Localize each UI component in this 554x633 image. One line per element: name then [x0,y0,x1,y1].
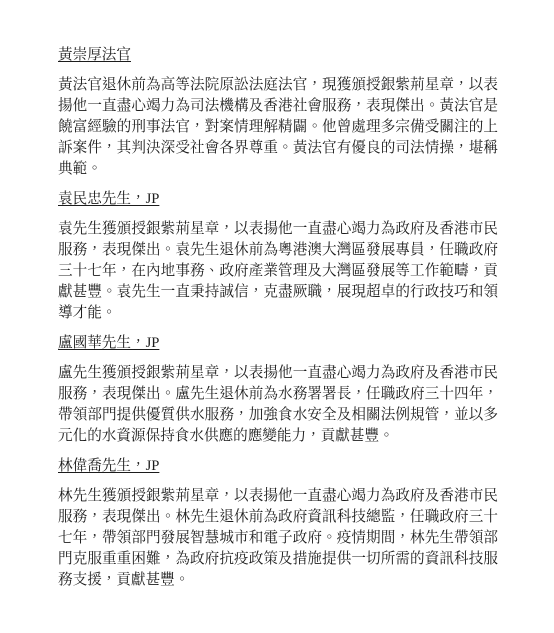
citation-paragraph: 林先生獲頒授銀紫荊星章，以表揚他一直盡心竭力為政府及香港市民服務，表現傑出。林先… [58,486,498,591]
person-heading: 林偉喬先生，JP [58,456,498,477]
person-heading: 袁民忠先生，JP [58,189,498,210]
person-heading: 盧國華先生，JP [58,333,498,354]
person-heading: 黃崇厚法官 [58,45,498,66]
document-page: 黃崇厚法官 黃法官退休前為高等法院原訟法庭法官，現獲頒授銀紫荊星章，以表揚他一直… [0,0,554,633]
citation-paragraph: 袁先生獲頒授銀紫荊星章，以表揚他一直盡心竭力為政府及香港市民服務，表現傑出。袁先… [58,219,498,324]
section-mr-lo: 盧國華先生，JP 盧先生獲頒授銀紫荊星章，以表揚他一直盡心竭力為政府及香港市民服… [58,333,498,447]
section-mr-lam: 林偉喬先生，JP 林先生獲頒授銀紫荊星章，以表揚他一直盡心竭力為政府及香港市民服… [58,456,498,591]
citation-paragraph: 盧先生獲頒授銀紫荊星章，以表揚他一直盡心竭力為政府及香港市民服務，表現傑出。盧先… [58,363,498,447]
section-mr-yuen: 袁民忠先生，JP 袁先生獲頒授銀紫荊星章，以表揚他一直盡心竭力為政府及香港市民服… [58,189,498,324]
section-judge-wong: 黃崇厚法官 黃法官退休前為高等法院原訟法庭法官，現獲頒授銀紫荊星章，以表揚他一直… [58,45,498,180]
citation-paragraph: 黃法官退休前為高等法院原訟法庭法官，現獲頒授銀紫荊星章，以表揚他一直盡心竭力為司… [58,75,498,180]
